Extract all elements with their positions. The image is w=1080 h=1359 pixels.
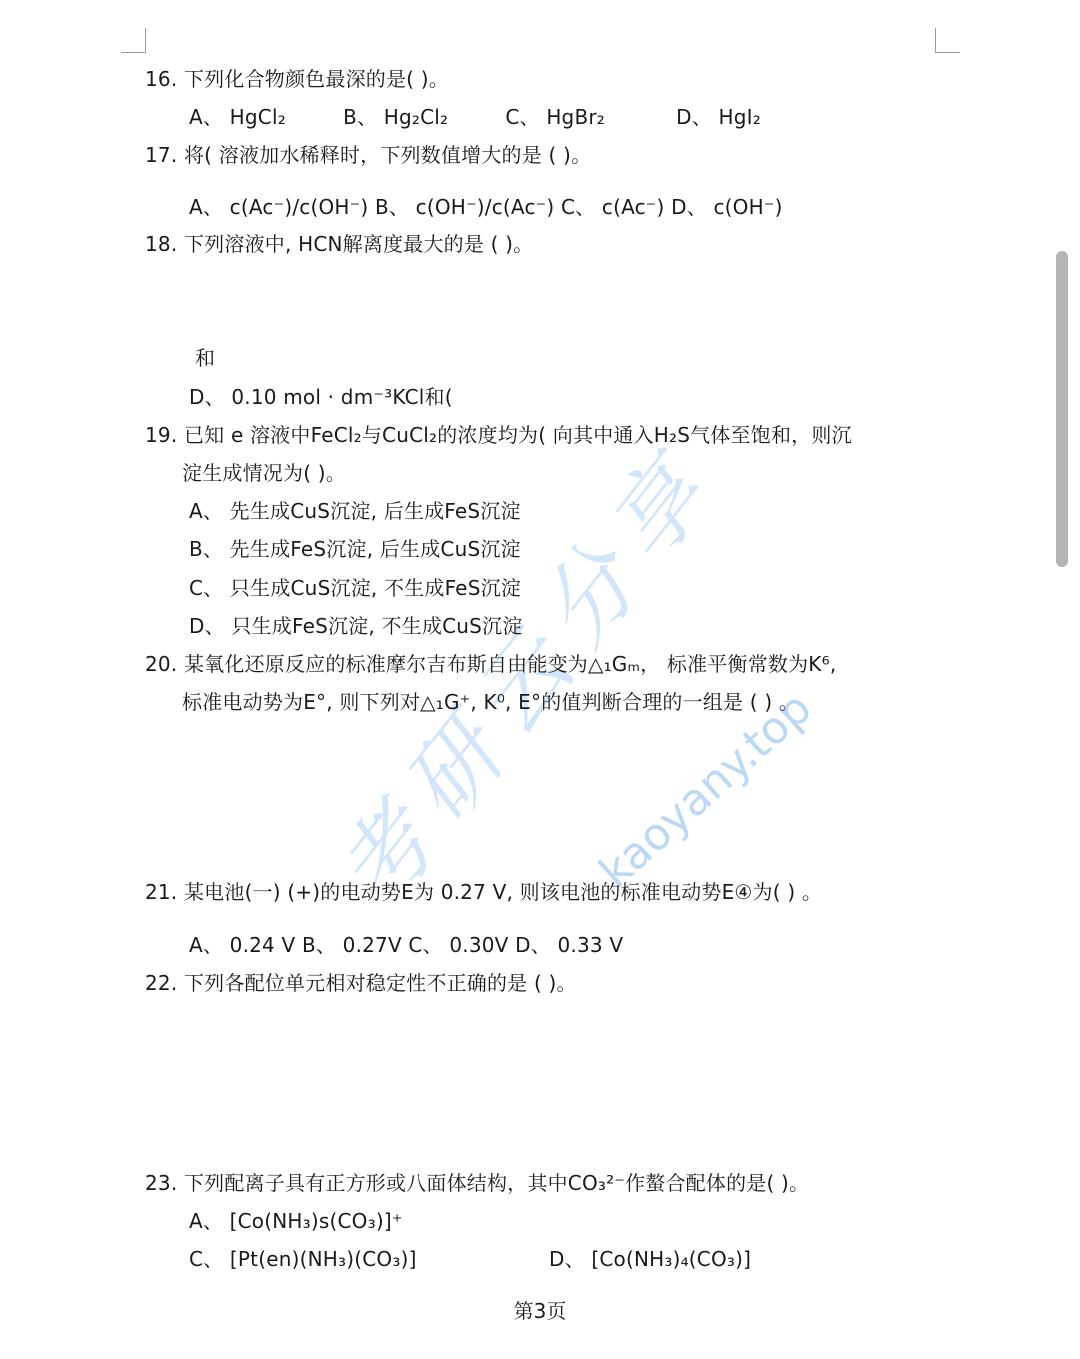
vertical-scrollbar[interactable] [1058,0,1080,1359]
question-23-option-d: D、 [Co(NH₃)₄(CO₃)] [549,1246,751,1272]
question-17-options: A、 c(Ac⁻)/c(OH⁻) B、 c(OH⁻)/c(Ac⁻) C、 c(A… [189,194,783,220]
question-17: 17. 将( 溶液加水稀释时，下列数值增大的是 ( )。 [145,142,591,168]
question-number: 17. [145,143,177,167]
question-18-fragment: 和 [195,345,215,371]
question-19-option-b: B、 先生成FeS沉淀, 后生成CuS沉淀 [189,536,521,562]
question-stem: 下列各配位单元相对稳定性不正确的是 ( )。 [184,971,577,995]
option-d: HgI₂ [719,105,761,129]
question-23-option-a: A、 [Co(NH₃)s(CO₃)]⁺ [189,1208,403,1234]
question-stem-line-1: 已知 e 溶液中FeCl₂与CuCl₂的浓度均为( 向其中通入H₂S气体至饱和，… [184,423,852,447]
question-20-stem-line-2: 标准电动势为E°, 则下列对△₁G⁺, K⁰, E°的值判断合理的一组是 ( )… [182,689,799,715]
question-23: 23. 下列配离子具有正方形或八面体结构，其中CO₃²⁻作螯合配体的是( )。 [145,1170,809,1196]
question-21-options: A、 0.24 V B、 0.27V C、 0.30V D、 0.33 V [189,932,623,958]
question-22: 22. 下列各配位单元相对稳定性不正确的是 ( )。 [145,970,577,996]
question-stem: 某电池(一) (+)的电动势E为 0.27 V, 则该电池的标准电动势E④为( … [184,880,822,904]
question-stem: 下列化合物颜色最深的是( )。 [184,67,449,91]
option-a-label: A、 [189,105,223,129]
page-number: 第3页 [0,1298,1080,1324]
option-c-label: C、 [505,105,539,129]
option-b: Hg₂Cl₂ [384,105,449,129]
option-b-label: B、 [343,105,377,129]
question-number: 18. [145,232,177,256]
question-16-options: A、 HgCl₂ B、 Hg₂Cl₂ C、 HgBr₂ D、 HgI₂ [189,104,761,130]
question-19-option-a: A、 先生成CuS沉淀, 后生成FeS沉淀 [189,498,521,524]
question-20: 20. 某氧化还原反应的标准摩尔吉布斯自由能变为△₁Gₘ， 标准平衡常数为K⁶, [145,651,836,677]
question-19-option-c: C、 只生成CuS沉淀, 不生成FeS沉淀 [189,575,521,601]
question-number: 20. [145,652,177,676]
question-number: 21. [145,880,177,904]
question-stem: 下列配离子具有正方形或八面体结构，其中CO₃²⁻作螯合配体的是( )。 [184,1171,809,1195]
crop-mark-top-right [935,28,960,53]
question-16: 16. 下列化合物颜色最深的是( )。 [145,66,449,92]
question-23-option-c: C、 [Pt(en)(NH₃)(CO₃)] [189,1246,417,1272]
option-a: HgCl₂ [230,105,286,129]
document-page: 考研云分享 kaoyany.top 16. 下列化合物颜色最深的是( )。 A、… [0,0,1080,1359]
question-stem: 下列溶液中, HCN解离度最大的是 ( )。 [184,232,533,256]
question-number: 22. [145,971,177,995]
crop-mark-top-left [121,28,146,53]
option-d-label: D、 [676,105,712,129]
question-number: 19. [145,423,177,447]
question-19: 19. 已知 e 溶液中FeCl₂与CuCl₂的浓度均为( 向其中通入H₂S气体… [145,422,852,448]
question-19-stem-line-2: 淀生成情况为( )。 [182,460,346,486]
question-18-option-d: D、 0.10 mol · dm⁻³KCl和( [189,384,453,410]
question-number: 23. [145,1171,177,1195]
question-18: 18. 下列溶液中, HCN解离度最大的是 ( )。 [145,231,533,257]
question-21: 21. 某电池(一) (+)的电动势E为 0.27 V, 则该电池的标准电动势E… [145,879,822,905]
question-19-option-d: D、 只生成FeS沉淀, 不生成CuS沉淀 [189,613,522,639]
option-c: HgBr₂ [546,105,605,129]
question-stem-line-1: 某氧化还原反应的标准摩尔吉布斯自由能变为△₁Gₘ， 标准平衡常数为K⁶, [184,652,836,676]
question-number: 16. [145,67,177,91]
scrollbar-thumb[interactable] [1056,251,1068,567]
question-stem: 将( 溶液加水稀释时，下列数值增大的是 ( )。 [184,143,591,167]
